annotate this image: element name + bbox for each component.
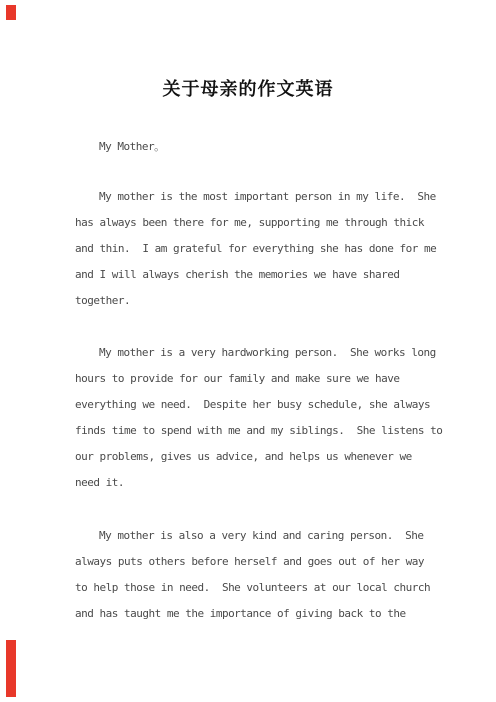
document-page: 关于母亲的作文英语 My Mother。 My mother is the mo… (0, 0, 496, 702)
essay-subtitle: My Mother。 (75, 134, 435, 160)
text-line: together. (75, 288, 435, 314)
text-line: hours to provide for our family and make… (75, 366, 435, 392)
text-line: and thin. I am grateful for everything s… (75, 236, 435, 262)
text-line: and I will always cherish the memories w… (75, 262, 435, 288)
text-line: everything we need. Despite her busy sch… (75, 392, 435, 418)
text-line: My mother is also a very kind and caring… (75, 523, 435, 549)
red-edge-marker-top (6, 5, 16, 20)
paragraph: My mother is also a very kind and caring… (75, 523, 435, 627)
essay-body: My Mother。 My mother is the most importa… (75, 134, 435, 627)
text-line: has always been there for me, supporting… (75, 210, 435, 236)
text-line: need it. (75, 470, 435, 496)
text-line: finds time to spend with me and my sibli… (75, 418, 435, 444)
text-line: always puts others before herself and go… (75, 549, 435, 575)
paragraph: My mother is a very hardworking person. … (75, 340, 435, 496)
paragraph: My mother is the most important person i… (75, 184, 435, 314)
essay-title: 关于母亲的作文英语 (0, 78, 496, 102)
text-line: and has taught me the importance of givi… (75, 601, 435, 627)
text-line: My mother is a very hardworking person. … (75, 340, 435, 366)
text-line: My mother is the most important person i… (75, 184, 435, 210)
text-line: to help those in need. She volunteers at… (75, 575, 435, 601)
text-line: our problems, gives us advice, and helps… (75, 444, 435, 470)
red-edge-marker-bottom (6, 640, 16, 697)
